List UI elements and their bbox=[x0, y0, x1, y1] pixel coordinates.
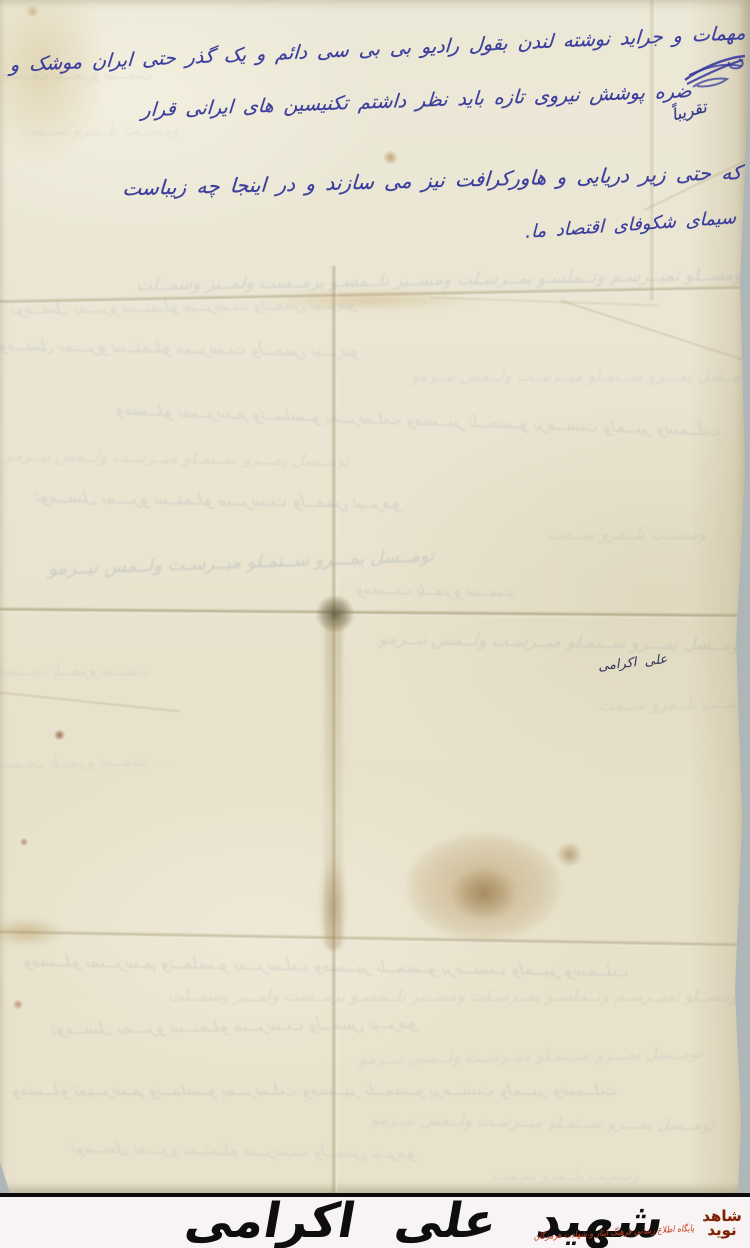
bleed-through-ghost-text: ومســت يلــمرو ســمت bbox=[0, 64, 153, 83]
large-brown-blotch bbox=[406, 833, 561, 941]
crossed-out-word-scribble bbox=[683, 50, 747, 92]
crease-smear-stain bbox=[325, 620, 342, 950]
bleed-through-ghost-text: تومــسل يمـــرو ســتمـلو ميــرسـت ولــمس… bbox=[52, 1013, 417, 1039]
handwritten-line-1: مهمات و جراید نوشته لندن بقول رادیو بی ب… bbox=[9, 22, 746, 76]
bleed-through-ghost-text: تومــسل يمـــرو ســتمـلو ميــرسـت ولــمس… bbox=[12, 293, 356, 318]
bleed-through-ghost-text: ومســت يلــمرو ســمت bbox=[491, 1166, 640, 1184]
navid-shahed-logo: شاهد نوید bbox=[696, 1209, 748, 1237]
bleed-through-ghost-text: ومســت يلــمرو ســمت bbox=[20, 120, 179, 139]
bleed-through-ghost-text: تومــسل يمـــرو ســتمـلو ميــرسـت ولــمس… bbox=[36, 487, 401, 513]
fold-crease-horizontal-middle bbox=[0, 607, 750, 620]
blotch-dark-core bbox=[452, 868, 516, 920]
bleed-through-ghost-text: ومســلو تميــرسـم وتــملسـو يمــرسـلت وم… bbox=[136, 265, 742, 296]
ink-dot-stain bbox=[54, 730, 65, 740]
fold-crease-horizontal-top bbox=[0, 285, 750, 306]
bleed-through-ghost-text: ومســلو تميــرسـم وتــملسـو يمــرسـلت وم… bbox=[116, 399, 722, 440]
wrinkle bbox=[430, 296, 660, 307]
bleed-through-ghost-text: ومســت يلــمرو ســمت bbox=[0, 660, 151, 679]
small-brown-spot bbox=[383, 151, 398, 164]
wrinkle bbox=[643, 143, 750, 211]
ink-dot-stain bbox=[13, 1000, 23, 1009]
handwritten-line-2: ضره پوشش نیروی تازه باید نظر داشتم تکنیس… bbox=[141, 80, 692, 121]
small-brown-spot bbox=[556, 843, 583, 866]
fold-crease-vertical-top bbox=[649, 0, 656, 300]
bleed-through-ghost-text: تومــسل يمـــرو ســتمـلو ميــرسـت ولــمس… bbox=[359, 1043, 703, 1068]
logo-word-bottom: نوید bbox=[696, 1223, 748, 1237]
bleed-through-ghost-text: ومســلو تميــرسـم وتــملسـو يمــرسـلت وم… bbox=[168, 986, 738, 1005]
ink-dot-stain bbox=[20, 838, 28, 846]
crease-lower-stain bbox=[318, 858, 348, 953]
right-edge-darkening bbox=[688, 0, 750, 1193]
handwritten-line-3: که حتی زیر دریایی و هاورکرافت نیز می ساز… bbox=[121, 160, 742, 200]
scan-page: ومســلو تميــرسـم وتــملسـو يمــرسـلت وم… bbox=[0, 0, 750, 1248]
small-brown-spot bbox=[26, 6, 39, 17]
bleed-through-ghost-text: تومــسل يمـــرو ســتمـلو ميــرسـت ولــمس… bbox=[371, 1109, 715, 1134]
martyr-name-title: شهید علی اکرامی bbox=[181, 1193, 670, 1248]
corner-yellow-stain bbox=[0, 0, 106, 164]
bleed-through-ghost-text: ومســت يلــمرو ســمت bbox=[356, 579, 515, 601]
signature-ali-ekrami: علی اکرامی bbox=[597, 652, 668, 674]
fold-crease-vertical-center bbox=[331, 266, 338, 1193]
wrinkle bbox=[560, 299, 750, 364]
bleed-through-ghost-text: تومــسل يمـــرو ســتمـلو ميــرسـت ولــمس… bbox=[379, 629, 744, 655]
wrinkle bbox=[0, 690, 180, 713]
fold-line-stain bbox=[268, 290, 473, 310]
bleed-through-ghost-text: ومســت يلــمرو ســمت bbox=[0, 751, 149, 773]
letter-paper: ومســلو تميــرسـم وتــملسـو يمــرسـلت وم… bbox=[0, 0, 750, 1193]
bleed-through-ghost-text: ومســت يلــمرو ســمت bbox=[548, 524, 707, 543]
bleed-through-ghost-text: ومســلو تميــرسـم وتــملسـو يمــرسـلت وم… bbox=[12, 1080, 618, 1100]
handwritten-correction-word: تقریباً bbox=[670, 97, 709, 125]
fold-crease-horizontal-bottom bbox=[0, 929, 750, 948]
dark-crease-stain bbox=[316, 596, 354, 632]
caption-banner: شهید علی اکرامی شاهد نوید پایگاه اطلاع ر… bbox=[0, 1193, 750, 1248]
bleed-through-ghost-text: تومــسل يمـــرو ســتمـلو ميــرسـت ولــمس… bbox=[6, 445, 350, 470]
handwritten-line-4: سیمای شکوفای اقتصاد ما. bbox=[525, 207, 736, 243]
bleed-through-ghost-text: تومــسل يمـــرو ســتمـلو ميــرسـت ولــمس… bbox=[411, 366, 750, 385]
bleed-through-ghost-text: تومــسل يمـــرو ســتمـلو ميــرسـت ولــمس… bbox=[0, 335, 359, 361]
bleed-through-ghost-text: تومــسل يمـــرو ســتمـلو ميــرسـت ولــمس… bbox=[48, 545, 435, 579]
bleed-through-ghost-text: ومســلو تميــرسـم وتــملسـو يمــرسـلت وم… bbox=[24, 951, 630, 982]
edge-stain bbox=[0, 918, 63, 946]
bleed-through-ghost-text: ومســت يلــمرو ســمت bbox=[597, 693, 750, 715]
bleed-through-ghost-text: تومــسل يمـــرو ســتمـلو ميــرسـت ولــمس… bbox=[72, 1137, 416, 1162]
